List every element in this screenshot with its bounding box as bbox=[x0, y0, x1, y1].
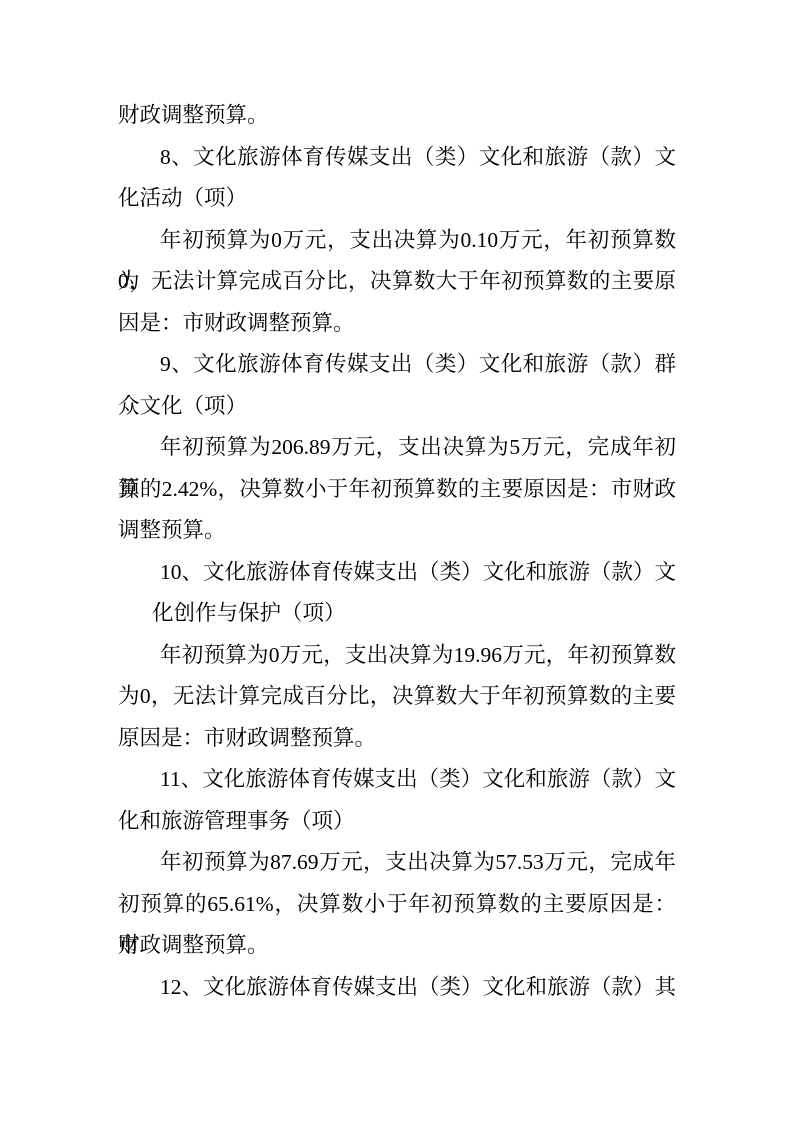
item-11-body-line-2: 初预算的65.61%，决算数小于年初预算数的主要原因是：市 bbox=[118, 884, 676, 926]
item-11-heading-line-1: 11、文化旅游体育传媒支出（类）文化和旅游（款）文 bbox=[118, 759, 676, 801]
item-9-heading-line-2: 众文化（项） bbox=[118, 386, 676, 428]
item-9-body-line-1: 年初预算为206.89万元，支出决算为5万元，完成年初预 bbox=[118, 427, 676, 469]
document-page: 财政调整预算。 8、文化旅游体育传媒支出（类）文化和旅游（款）文 化活动（项） … bbox=[0, 0, 793, 1122]
item-8-body-line-1: 年初预算为0万元，支出决算为0.10万元，年初预算数为 bbox=[118, 220, 676, 262]
item-10-heading-line-2: 化创作与保护（项） bbox=[118, 593, 676, 635]
item-10-heading-line-1: 10、文化旅游体育传媒支出（类）文化和旅游（款）文 bbox=[118, 552, 676, 594]
item-11-heading-line-2: 化和旅游管理事务（项） bbox=[118, 801, 676, 843]
item-9-body-line-3: 调整预算。 bbox=[118, 510, 676, 552]
item-9-heading-line-1: 9、文化旅游体育传媒支出（类）文化和旅游（款）群 bbox=[118, 344, 676, 386]
item-10-body-line-1: 年初预算为0万元，支出决算为19.96万元，年初预算数 bbox=[118, 635, 676, 677]
item-10-body-line-2: 为0，无法计算完成百分比，决算数大于年初预算数的主要 bbox=[118, 676, 676, 718]
item-10-body-line-3: 原因是：市财政调整预算。 bbox=[118, 718, 676, 760]
item-11-body-line-3: 财政调整预算。 bbox=[118, 925, 676, 967]
item-9-body-line-2: 算的2.42%，决算数小于年初预算数的主要原因是：市财政 bbox=[118, 469, 676, 511]
item-11-body-line-1: 年初预算为87.69万元，支出决算为57.53万元，完成年 bbox=[118, 842, 676, 884]
paragraph-continuation-line: 财政调整预算。 bbox=[118, 95, 676, 137]
item-8-heading-line-1: 8、文化旅游体育传媒支出（类）文化和旅游（款）文 bbox=[118, 137, 676, 179]
item-8-heading-line-2: 化活动（项） bbox=[118, 178, 676, 220]
item-12-heading-line-1: 12、文化旅游体育传媒支出（类）文化和旅游（款）其 bbox=[118, 967, 676, 1009]
item-8-body-line-2: 0，无法计算完成百分比，决算数大于年初预算数的主要原 bbox=[118, 261, 676, 303]
item-8-body-line-3: 因是：市财政调整预算。 bbox=[118, 303, 676, 345]
